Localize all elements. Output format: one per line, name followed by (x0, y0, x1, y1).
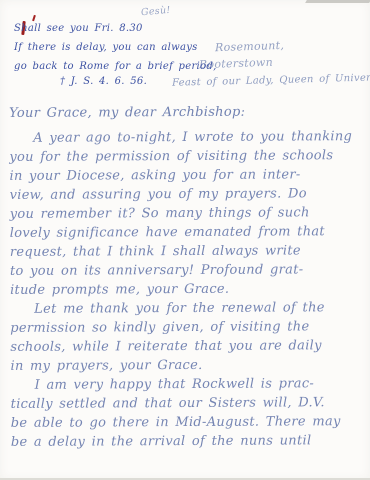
scan-edge-artifact-top (305, 0, 370, 3)
body-line: be a delay in the arrival of the nuns un… (11, 431, 363, 452)
address-line-1: Rosemount, (215, 39, 285, 54)
body-line: view, and assuring you of my prayers. Do (10, 184, 362, 205)
body-line: I am very happy that Rockwell is prac- (11, 374, 363, 395)
body-line: be able to go there in Mid-August. There… (11, 412, 363, 433)
body-line: schools, while I reiterate that you are … (10, 336, 362, 357)
body-line: to you on its anniversary! Profound grat… (10, 260, 362, 281)
paragraph-1: A year ago to-night, I wrote to you than… (9, 127, 362, 300)
body-line: tically settled and that our Sisters wil… (11, 393, 363, 414)
invocation-text: Gesù! (141, 5, 171, 19)
body-line: itude prompts me, your Grace. (10, 279, 362, 300)
letter-body: Your Grace, my dear Archbishop: A year a… (9, 102, 363, 452)
letter-page: Gesù! Rosemount, Booterstown Feast of ou… (0, 0, 370, 480)
body-line: permission so kindly given, of visiting … (10, 317, 362, 338)
schedule-note-line-2: If there is delay, you can always (14, 39, 217, 58)
body-line: Let me thank you for the renewal of the (10, 298, 362, 319)
salutation: Your Grace, my dear Archbishop: (9, 102, 361, 123)
schedule-note-line-1: Shall see you Fri. 8.30 (14, 20, 217, 39)
body-line: request, that I think I shall always wri… (10, 241, 362, 262)
body-line: you remember it? So many things of such (10, 203, 362, 224)
body-line: in my prayers, your Grace. (10, 355, 362, 376)
paragraph-2: Let me thank you for the renewal of the … (10, 298, 362, 376)
body-line: you for the permission of visiting the s… (9, 146, 361, 167)
schedule-note-line-3: go back to Rome for a brief period, (14, 58, 217, 77)
body-line: lovely significance have emanated from t… (10, 222, 362, 243)
body-line: A year ago to-night, I wrote to you than… (9, 127, 361, 148)
paragraph-3: I am very happy that Rockwell is prac- t… (11, 374, 363, 452)
schedule-note: Shall see you Fri. 8.30 If there is dela… (14, 20, 217, 77)
body-line: in your Diocese, asking you for an inter… (9, 165, 361, 186)
note-date: † J. S. 4. 6. 56. (60, 76, 147, 87)
